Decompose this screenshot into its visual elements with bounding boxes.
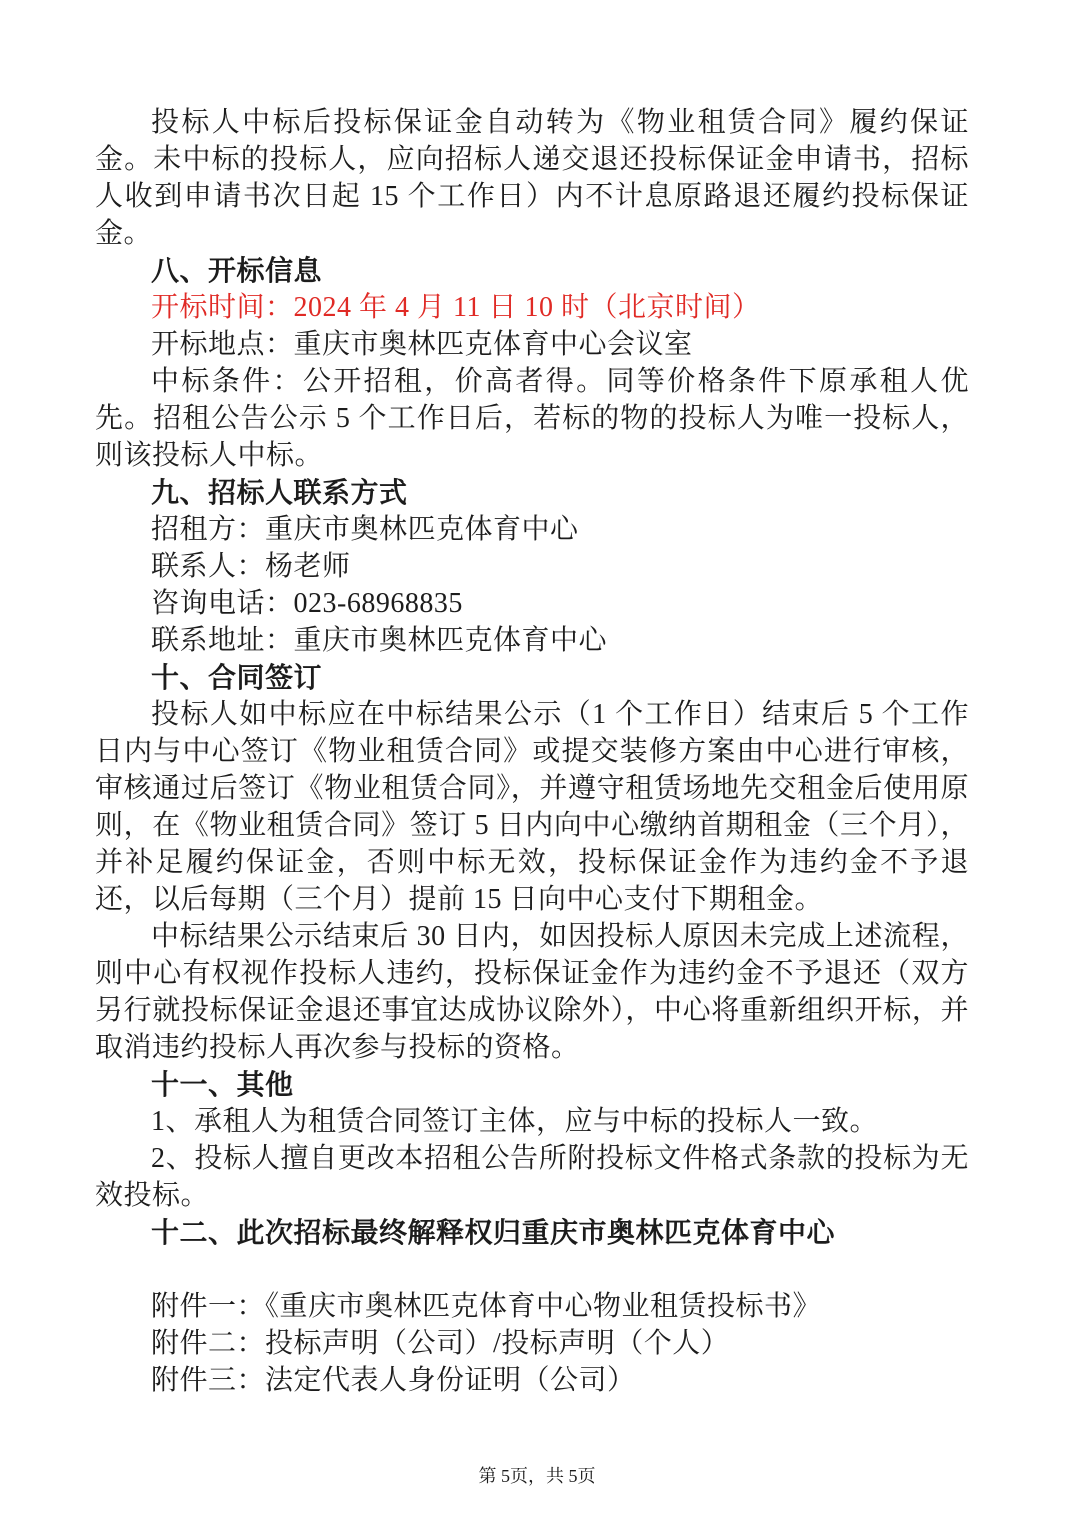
attachment-line-3: 附件三：法定代表人身份证明（公司） <box>95 1362 969 1399</box>
others-item-2: 2、投标人擅自更改本招租公告所附投标文件格式条款的投标为无效投标。 <box>95 1140 969 1214</box>
document-page: 投标人中标后投标保证金自动转为《物业租赁合同》履约保证金。未中标的投标人，应向招… <box>0 0 1074 1520</box>
bid-opening-time-line: 开标时间：2024 年 4 月 11 日 10 时（北京时间） <box>95 289 969 326</box>
contact-person-line: 联系人：杨老师 <box>95 548 969 585</box>
blank-line <box>95 1251 969 1288</box>
document-body: 投标人中标后投标保证金自动转为《物业租赁合同》履约保证金。未中标的投标人，应向招… <box>95 104 969 1399</box>
page-number: 第 5页，共 5页 <box>0 1464 1074 1488</box>
attachment-line-1: 附件一：《重庆市奥林匹克体育中心物业租赁投标书》 <box>95 1288 969 1325</box>
section-heading-contract-signing: 十、合同签订 <box>95 659 969 696</box>
attachment-line-2: 附件二：投标声明（公司）/投标声明（个人） <box>95 1325 969 1362</box>
winning-condition-paragraph: 中标条件：公开招租，价高者得。同等价格条件下原承租人优先。招租公告公示 5 个工… <box>95 363 969 474</box>
contact-lessor-line: 招租方：重庆市奥林匹克体育中心 <box>95 511 969 548</box>
contact-phone-line: 咨询电话：023-68968835 <box>95 585 969 622</box>
contact-address-line: 联系地址：重庆市奥林匹克体育中心 <box>95 622 969 659</box>
section-heading-contact-info: 九、招标人联系方式 <box>95 474 969 511</box>
section-heading-final-interpretation: 十二、此次招标最终解释权归重庆市奥林匹克体育中心 <box>95 1214 969 1251</box>
contract-signing-paragraph-1: 投标人如中标应在中标结果公示（1 个工作日）结束后 5 个工作日内与中心签订《物… <box>95 696 969 918</box>
section-heading-bid-opening: 八、开标信息 <box>95 252 969 289</box>
contract-signing-paragraph-2: 中标结果公示结束后 30 日内，如因投标人原因未完成上述流程，则中心有权视作投标… <box>95 918 969 1066</box>
section-heading-others: 十一、其他 <box>95 1066 969 1103</box>
bid-opening-place-line: 开标地点：重庆市奥林匹克体育中心会议室 <box>95 326 969 363</box>
others-item-1: 1、承租人为租赁合同签订主体，应与中标的投标人一致。 <box>95 1103 969 1140</box>
paragraph-deposit-refund: 投标人中标后投标保证金自动转为《物业租赁合同》履约保证金。未中标的投标人，应向招… <box>95 104 969 252</box>
